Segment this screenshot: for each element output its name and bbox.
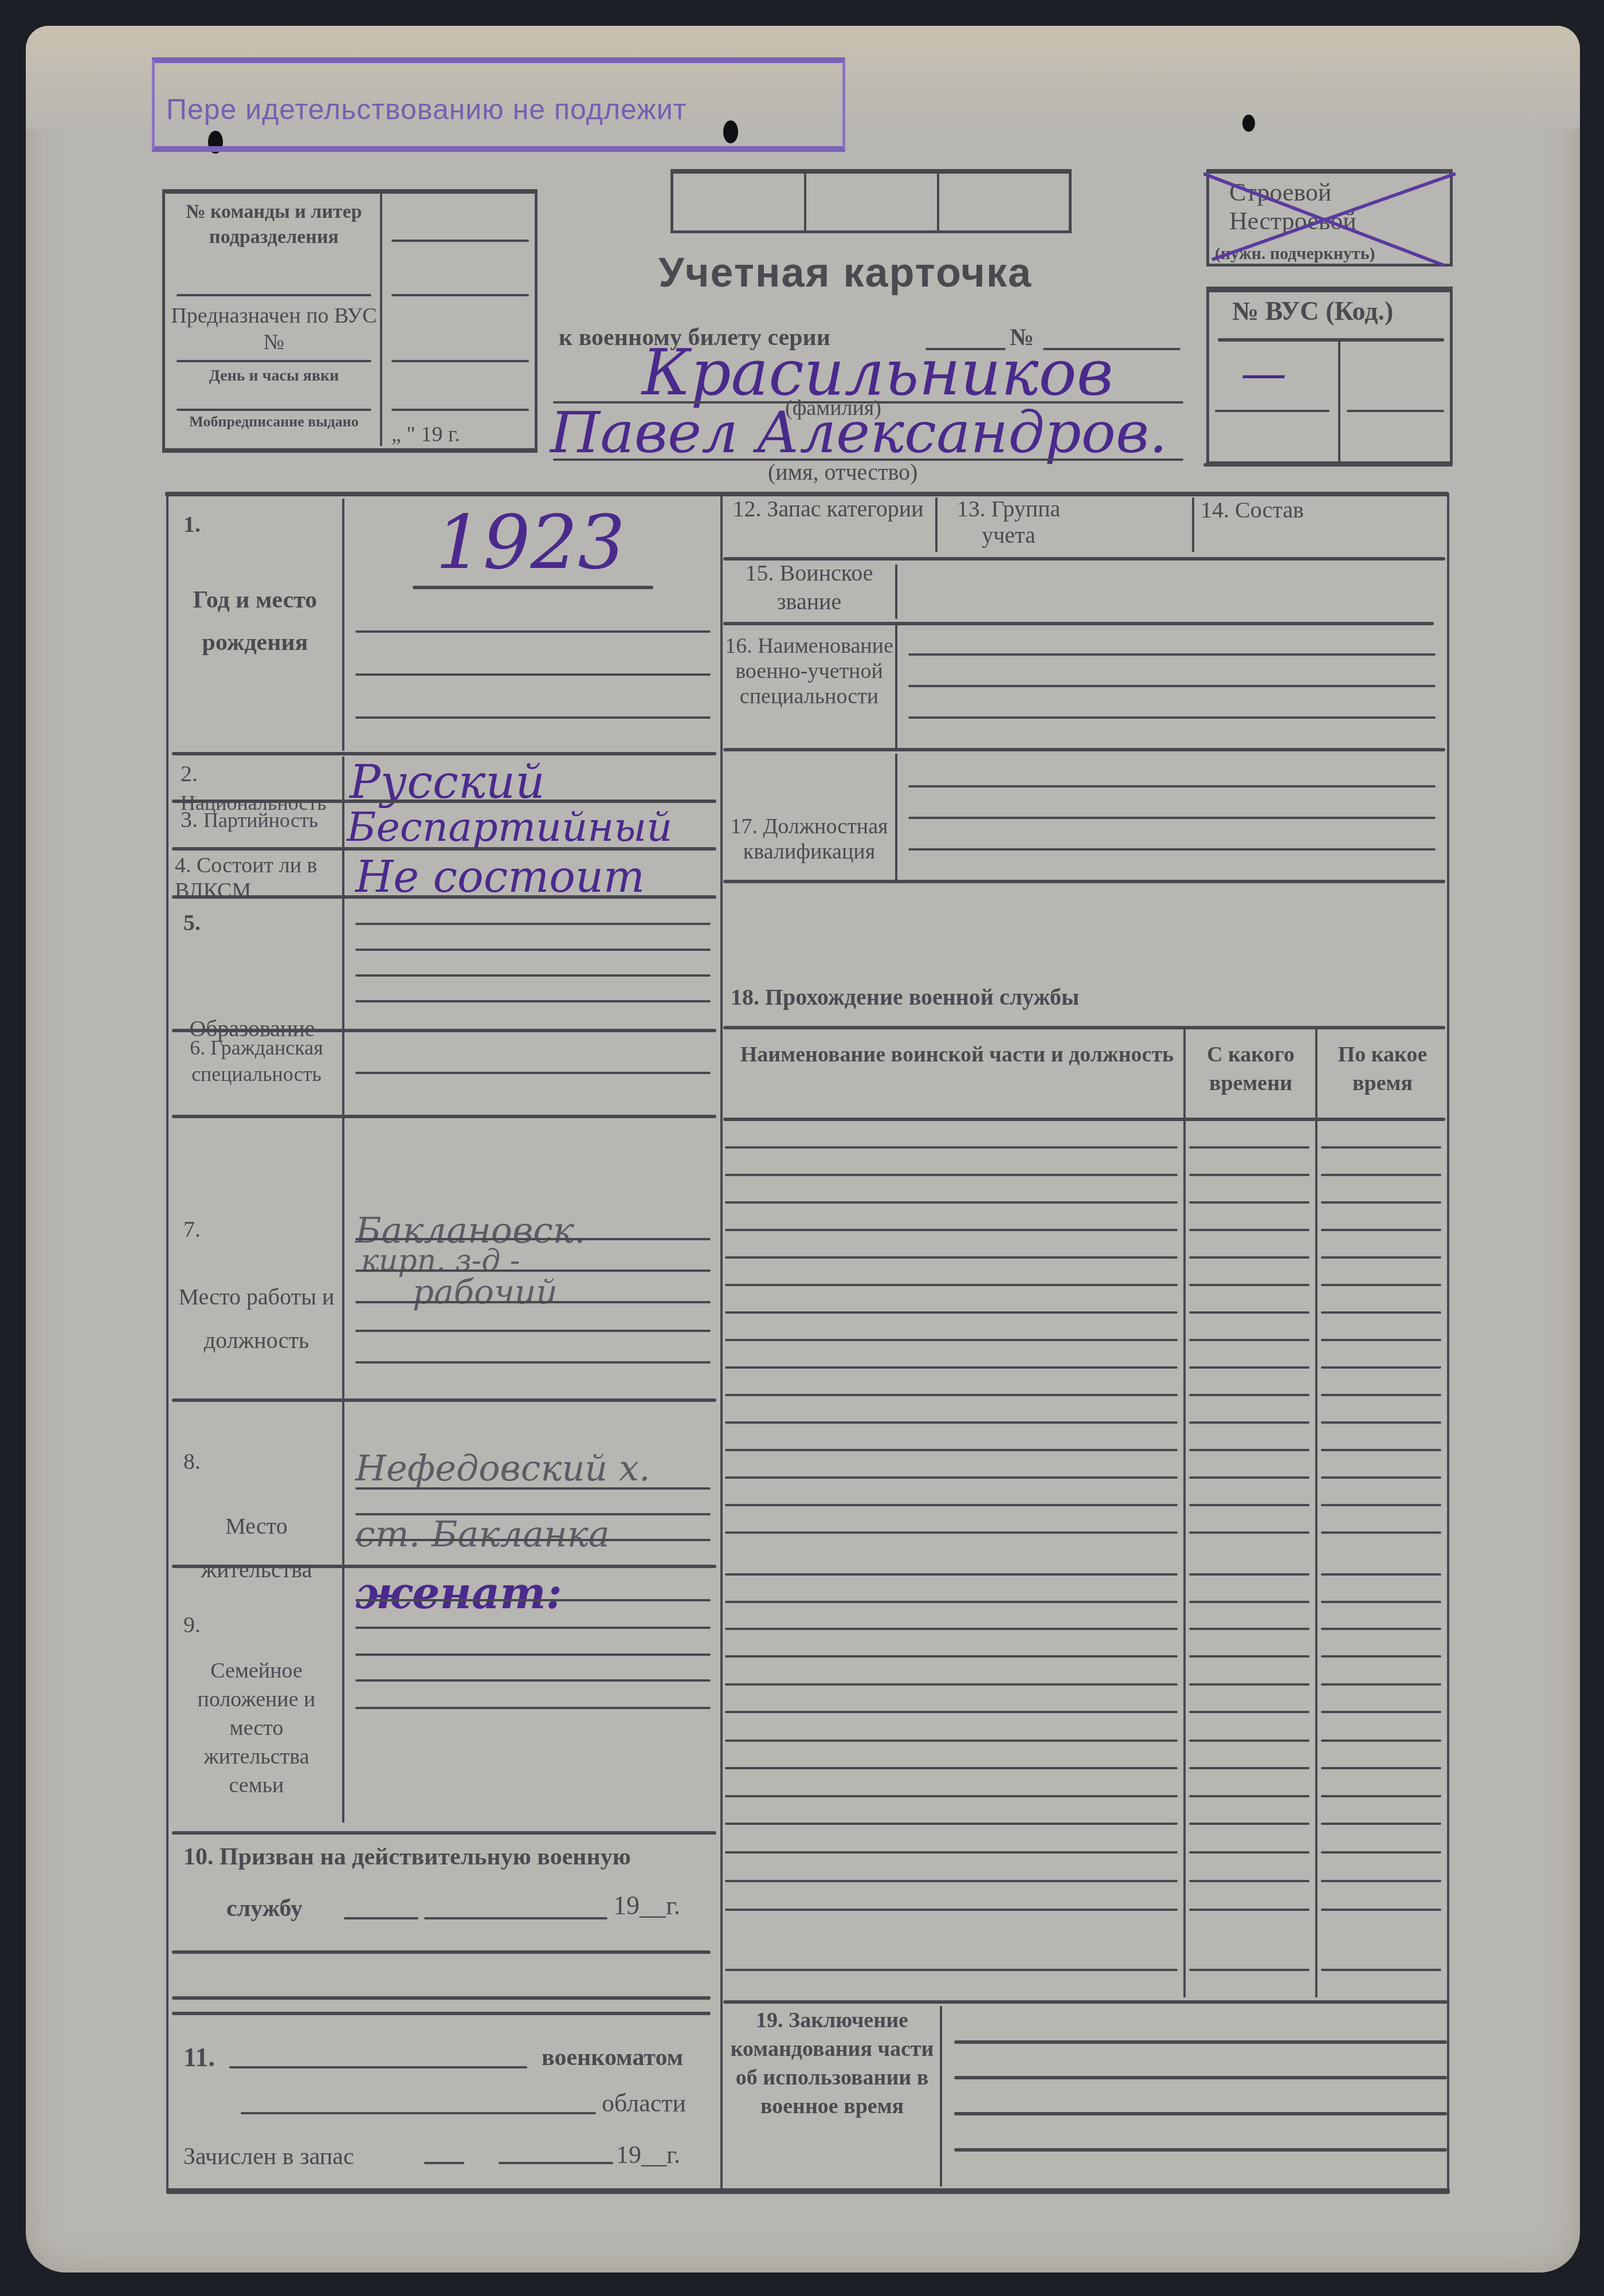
mob-order-label: Мобпредписание выдано [171,413,377,431]
reserve-enlisted-label: Зачислен в запас [183,2142,354,2171]
series-boxes [670,169,1072,233]
reserve-date-year[interactable]: 19__г. [616,2141,680,2169]
card-title: Учетная карточка [602,249,1089,296]
field8-label: Место жительства [175,1504,338,1592]
party-value[interactable]: Беспартийный [347,804,672,851]
main-frame-right [1447,493,1449,2189]
exemption-stamp: Пере идетельствованию не подлежит [152,57,845,152]
birth-year-value[interactable]: 1923 [436,499,625,586]
field14-label: 14. Состав [1201,496,1304,524]
komsomol-value[interactable]: Не состоит [355,851,645,902]
service-type-box: Строевой Нестроевой (нужн. подчеркнуть) [1206,169,1453,267]
field11-commissariat-label: военкоматом [542,2043,683,2072]
field7-label: Место работы и должность [175,1275,338,1362]
field19-label: 19. Заключение командования части об исп… [723,2006,941,2121]
field13-label: 13. Группа учета [940,496,1077,548]
field12-label: 12. Запас категории [725,496,931,522]
name-caption: (имя, отчество) [768,459,917,485]
vus-code-value[interactable]: — [1241,347,1287,400]
mob-order-date: „ " 19 г. [391,420,460,449]
field15-label: 15. Воинское звание [723,559,895,616]
military-rank-value[interactable] [903,565,1436,616]
field5-num: 5. [183,908,201,937]
column-unit-position: Наименование воинской части и должность [728,1040,1186,1069]
punch-hole [1242,115,1255,132]
field10-service-label: службу [226,1894,303,1923]
field16-label: 16. Наименование военно-учетной специаль… [723,633,895,709]
middle-divider [720,493,723,2189]
vus-code-title: № ВУС (Код.) [1232,297,1393,326]
field8-num: 8. [183,1447,201,1476]
workplace-line3[interactable]: рабочий [413,1272,558,1311]
command-info-box: № команды и литер подразделения Предназн… [162,189,538,453]
main-frame-left [166,493,168,2189]
field10-year[interactable]: 19__г. [613,1891,680,1920]
field11-num: 11. [183,2043,215,2072]
field1-label: Год и место рождения [172,579,338,664]
field7-num: 7. [183,1215,201,1244]
column-to-date: По какое время [1318,1040,1447,1098]
vus-assignment-label: Предназначен по ВУС № [171,303,377,355]
field9-num: 9. [183,1611,201,1639]
stamp-text: Пере идетельствованию не подлежит [166,93,687,126]
field19-value[interactable] [951,2009,1438,2181]
main-frame-bottom [166,2188,1450,2194]
report-day-label: День и часы явки [171,366,377,386]
field1-num: 1. [183,510,201,539]
command-label: № команды и литер подразделения [171,199,377,250]
vus-code-box: № ВУС (Код.) — [1206,287,1453,464]
residence-line1[interactable]: Нефедовский х. [355,1447,650,1489]
field6-label: 6. Гражданская специальность [175,1035,338,1087]
field3-label: 3. Партийность [181,805,341,834]
field11-oblast-label: области [602,2089,686,2118]
column-from-date: С какого времени [1186,1040,1315,1098]
name-patronymic-value[interactable]: Павел Александров. [550,398,1167,467]
cross-out-mark [1203,168,1461,271]
education-value[interactable] [355,911,711,1026]
field10-label: 10. Призван на действительную военную [183,1843,631,1871]
service-history-title: 18. Прохождение военной службы [731,983,1079,1012]
field17-label: 17. Должностная квалификация [723,814,895,864]
field9-label: Семейное положение и место жительства се… [175,1656,338,1800]
marital-status-value[interactable]: женат: [355,1568,562,1619]
residence-line2[interactable]: ст. Бакланка [355,1513,610,1555]
